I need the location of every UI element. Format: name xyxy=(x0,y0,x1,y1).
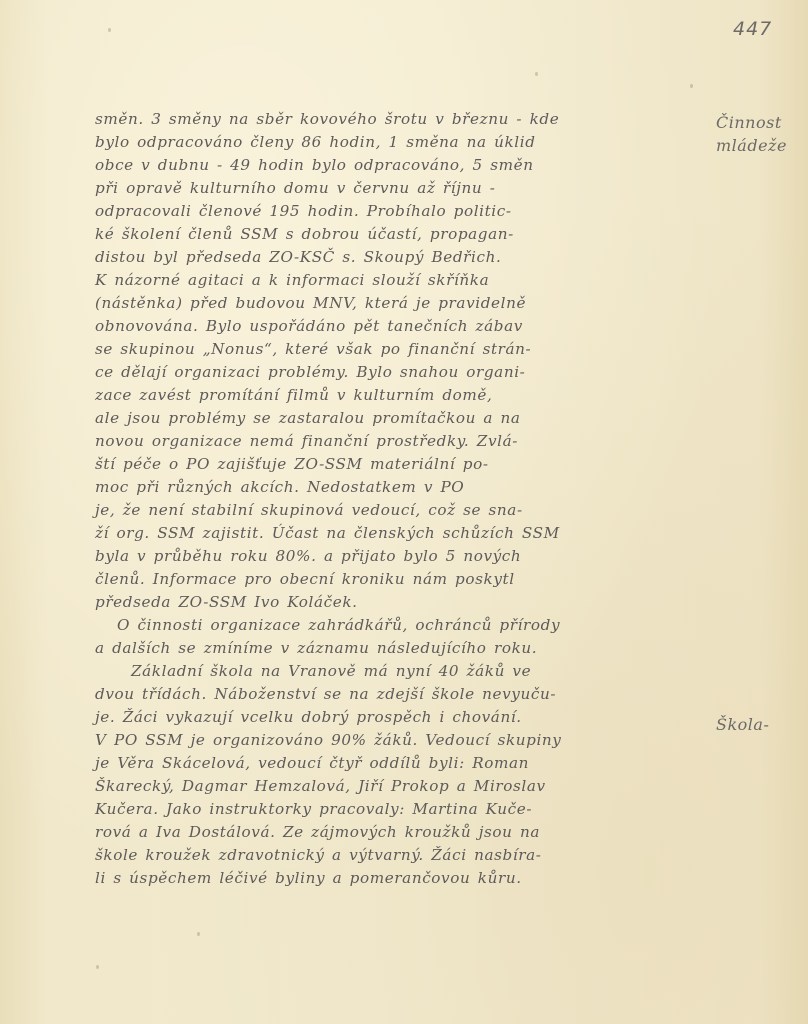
text-line: je Věra Skácelová, vedoucí čtyř oddílů b… xyxy=(95,752,695,775)
paper-speck xyxy=(535,72,538,76)
text-line: K názorné agitaci a k informaci slouží s… xyxy=(95,269,695,292)
text-line: předseda ZO-SSM Ivo Koláček. xyxy=(95,591,695,614)
chronicle-page: 447 Činnost mládeže Škola- směn. 3 směny… xyxy=(0,0,808,1024)
text-line: směn. 3 směny na sběr kovového šrotu v b… xyxy=(95,108,695,131)
text-line: se skupinou „Nonus“, které však po finan… xyxy=(95,338,695,361)
text-line: li s úspěchem léčivé byliny a pomerančov… xyxy=(95,867,695,890)
paper-speck xyxy=(197,932,200,936)
page-number: 447 xyxy=(733,18,772,40)
text-line: ce dělají organizaci problémy. Bylo snah… xyxy=(95,361,695,384)
text-line: bylo odpracováno členy 86 hodin, 1 směna… xyxy=(95,131,695,154)
margin-note-youth-activity: Činnost mládeže xyxy=(716,111,787,157)
text-line: je, že není stabilní skupinová vedoucí, … xyxy=(95,499,695,522)
text-line: ští péče o PO zajišťuje ZO-SSM materiáln… xyxy=(95,453,695,476)
text-line: zace zavést promítání filmů v kulturním … xyxy=(95,384,695,407)
text-line: obnovována. Bylo uspořádáno pět tanečníc… xyxy=(95,315,695,338)
text-line: ké školení členů SSM s dobrou účastí, pr… xyxy=(95,223,695,246)
margin-note-line: Škola- xyxy=(716,713,769,736)
text-line: distou byl předseda ZO-KSČ s. Skoupý Bed… xyxy=(95,246,695,269)
margin-note-school: Škola- xyxy=(716,713,769,736)
margin-note-line: Činnost xyxy=(716,111,787,134)
text-line: odpracovali členové 195 hodin. Probíhalo… xyxy=(95,200,695,223)
text-line: rová a Iva Dostálová. Ze zájmových krouž… xyxy=(95,821,695,844)
paper-speck xyxy=(96,965,99,969)
text-line: při opravě kulturního domu v červnu až ř… xyxy=(95,177,695,200)
text-line: ale jsou problémy se zastaralou promítač… xyxy=(95,407,695,430)
text-line: V PO SSM je organizováno 90% žáků. Vedou… xyxy=(95,729,695,752)
text-line: (nástěnka) před budovou MNV, která je pr… xyxy=(95,292,695,315)
paper-speck xyxy=(108,28,111,32)
text-line: novou organizace nemá finanční prostředk… xyxy=(95,430,695,453)
text-line: obce v dubnu - 49 hodin bylo odpracováno… xyxy=(95,154,695,177)
margin-note-line: mládeže xyxy=(716,134,787,157)
text-line: škole kroužek zdravotnický a výtvarný. Ž… xyxy=(95,844,695,867)
text-line: moc při různých akcích. Nedostatkem v PO xyxy=(95,476,695,499)
paper-speck xyxy=(690,84,693,88)
text-line: O činnosti organizace zahrádkářů, ochrán… xyxy=(95,614,695,637)
text-line: Kučera. Jako instruktorky pracovaly: Mar… xyxy=(95,798,695,821)
handwritten-body: směn. 3 směny na sběr kovového šrotu v b… xyxy=(95,108,695,890)
text-line: ží org. SSM zajistit. Účast na členských… xyxy=(95,522,695,545)
text-line: Škarecký, Dagmar Hemzalová, Jiří Prokop … xyxy=(95,775,695,798)
text-line: je. Žáci vykazují vcelku dobrý prospěch … xyxy=(95,706,695,729)
text-line: a dalších se zmíníme v záznamu následují… xyxy=(95,637,695,660)
text-line: Základní škola na Vranově má nyní 40 žák… xyxy=(95,660,695,683)
text-line: členů. Informace pro obecní kroniku nám … xyxy=(95,568,695,591)
text-line: byla v průběhu roku 80%. a přijato bylo … xyxy=(95,545,695,568)
text-line: dvou třídách. Náboženství se na zdejší š… xyxy=(95,683,695,706)
